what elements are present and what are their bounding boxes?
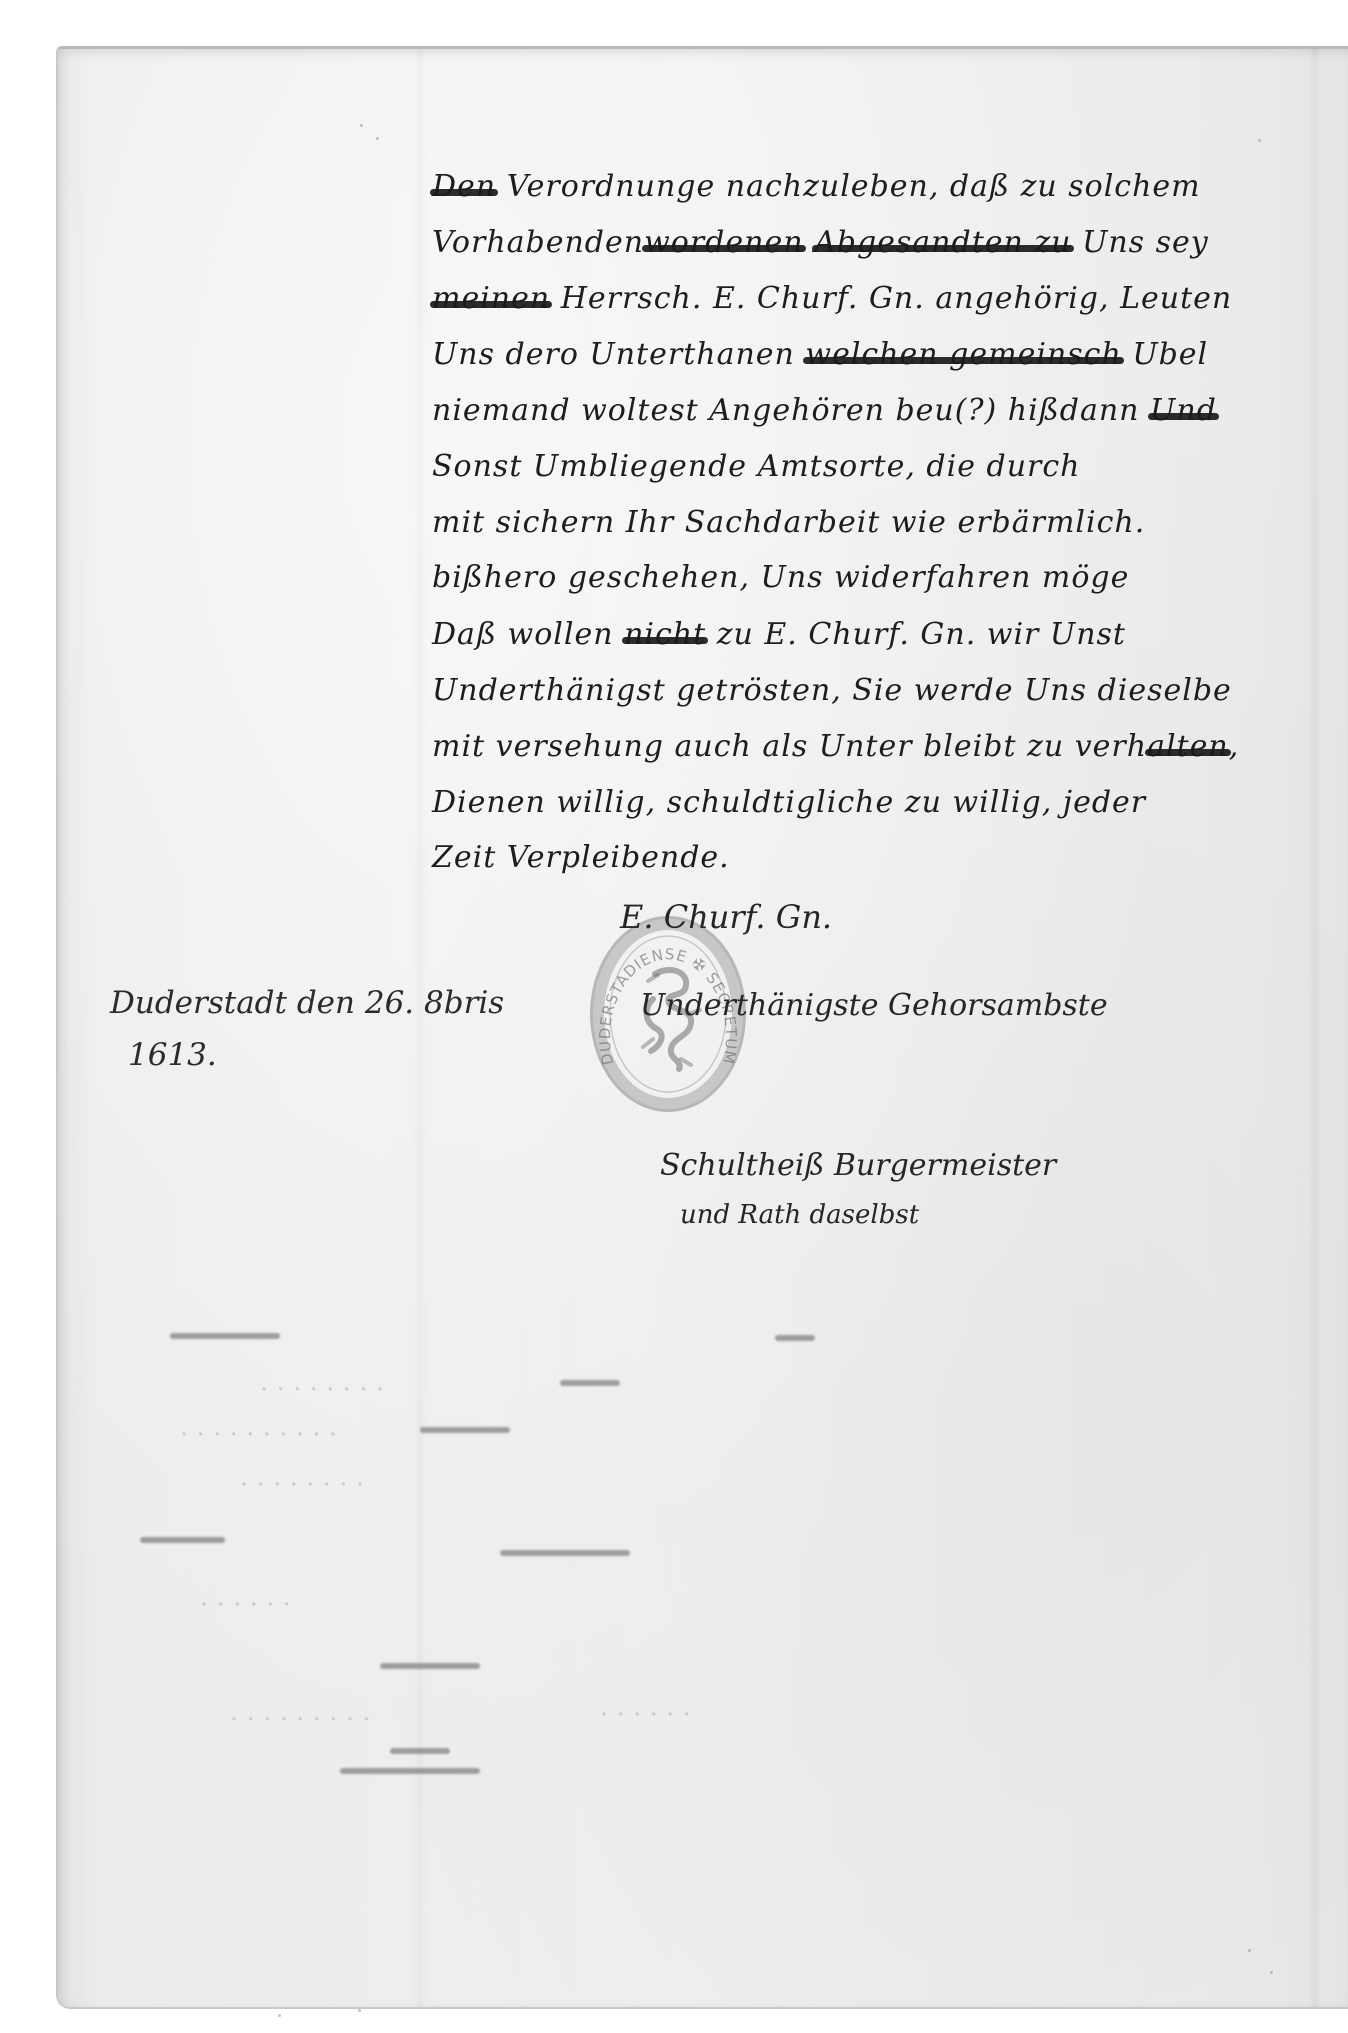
line-text: Zeit Verpleibende. — [432, 840, 730, 875]
body-line-4: Uns dero Unterthanen welchen gemeinsch U… — [432, 340, 1208, 370]
year-text: 1613. — [128, 1037, 217, 1073]
body-line-6: Sonst Umbliegende Amtsorte, die durch — [432, 452, 1081, 482]
bleed-through-mark — [390, 1748, 450, 1754]
subscription: Underthänigste Gehorsambste — [640, 988, 1108, 1023]
struck-word: meinen — [432, 284, 550, 314]
body-line-2: Vorhabendenwordenen Abgesandten zu Uns s… — [432, 228, 1209, 258]
paper-speck — [358, 2009, 361, 2012]
signatories-line-1: Schultheiß Burgermeister — [660, 1148, 1056, 1183]
subscription-text: Underthänigste Gehorsambste — [640, 988, 1108, 1023]
struck-word: nicht — [624, 620, 706, 650]
struck-word: wordenen — [644, 228, 803, 258]
line-text: mit versehung auch als Unter bleibt zu v… — [432, 729, 1147, 764]
paper-speck — [1248, 1949, 1251, 1952]
salutation: E. Churf. Gn. — [620, 898, 832, 936]
line-text: Dienen willig, schuldtigliche zu willig,… — [432, 785, 1146, 820]
line-text: Uns sey — [1082, 225, 1209, 260]
signatories-text: Schultheiß Burgermeister — [660, 1148, 1056, 1183]
struck-word: Und — [1150, 396, 1217, 426]
line-text: mit sichern Ihr Sachdarbeit wie erbärmli… — [432, 505, 1145, 540]
paper-speck — [1258, 139, 1261, 142]
bleed-through-mark — [140, 1537, 225, 1543]
body-line-12: Dienen willig, schuldtigliche zu willig,… — [432, 788, 1146, 818]
bleed-through-line: · · · · · · — [200, 1590, 291, 1620]
bleed-through-line: · · · · · · · · · · — [180, 1420, 337, 1450]
body-line-7: mit sichern Ihr Sachdarbeit wie erbärmli… — [432, 508, 1145, 538]
line-text: Daß wollen — [432, 617, 614, 652]
paper-speck — [360, 124, 363, 127]
year-note: 1613. — [128, 1037, 217, 1073]
paper-speck — [278, 2014, 281, 2017]
bleed-through-mark — [380, 1663, 480, 1669]
signatories-line-2: und Rath daselbst — [680, 1200, 919, 1230]
struck-word: welchen gemeinsch — [805, 340, 1121, 370]
line-text: Uns dero Unterthanen — [432, 337, 795, 372]
line-text: Vorhabenden — [432, 225, 644, 260]
bleed-through-line: · · · · · · — [600, 1700, 691, 1730]
body-line-10: Underthänigst getrösten, Sie werde Uns d… — [432, 676, 1232, 706]
bleed-through-mark — [775, 1335, 815, 1341]
bleed-through-line: · · · · · · · · — [260, 1375, 384, 1405]
place-date-text: Duderstadt den 26. 8bris — [110, 985, 504, 1021]
body-line-8: bißhero geschehen, Uns widerfahren möge — [432, 563, 1129, 593]
line-text: Underthänigst getrösten, Sie werde Uns d… — [432, 673, 1232, 708]
struck-word: alten — [1147, 732, 1229, 762]
bleed-through-mark — [560, 1380, 620, 1386]
fold-crease — [413, 49, 427, 2007]
line-text: Herrsch. E. Churf. Gn. angehörig, Leuten — [561, 281, 1232, 316]
line-text: bißhero geschehen, Uns widerfahren möge — [432, 560, 1129, 595]
bleed-through-mark — [420, 1427, 510, 1433]
line-text: Sonst Umbliegende Amtsorte, die durch — [432, 449, 1081, 484]
bleed-through-mark — [340, 1768, 480, 1774]
signatories-text: und Rath daselbst — [680, 1200, 919, 1230]
body-line-5: niemand woltest Angehören beu(?) hißdann… — [432, 396, 1217, 426]
line-text: Ubel — [1132, 337, 1208, 372]
body-line-9: Daß wollen nicht zu E. Churf. Gn. wir Un… — [432, 620, 1126, 650]
struck-word: Abgesandten zu — [814, 228, 1071, 258]
struck-word: Den — [432, 172, 496, 202]
line-text: zu E. Churf. Gn. wir Unst — [717, 617, 1126, 652]
paper-speck — [1270, 1971, 1273, 1974]
salutation-text: E. Churf. Gn. — [620, 898, 832, 936]
bleed-through-line: · · · · · · · · · — [230, 1705, 371, 1735]
body-line-3: meinen Herrsch. E. Churf. Gn. angehörig,… — [432, 284, 1232, 314]
line-text: Verordnunge nachzuleben, daß zu solchem — [507, 169, 1201, 204]
paper-speck — [376, 137, 379, 140]
bleed-through-mark — [170, 1333, 280, 1339]
bleed-through-mark — [500, 1550, 630, 1556]
place-date-note: Duderstadt den 26. 8bris — [110, 985, 504, 1021]
body-line-11: mit versehung auch als Unter bleibt zu v… — [432, 732, 1239, 762]
bleed-through-line: · · · · · · · · — [240, 1470, 364, 1500]
fold-crease — [1308, 49, 1322, 2007]
body-line-13: Zeit Verpleibende. — [432, 843, 730, 873]
body-line-1: Den Verordnunge nachzuleben, daß zu solc… — [432, 172, 1201, 202]
line-text: niemand woltest Angehören beu(?) hißdann — [432, 393, 1139, 428]
